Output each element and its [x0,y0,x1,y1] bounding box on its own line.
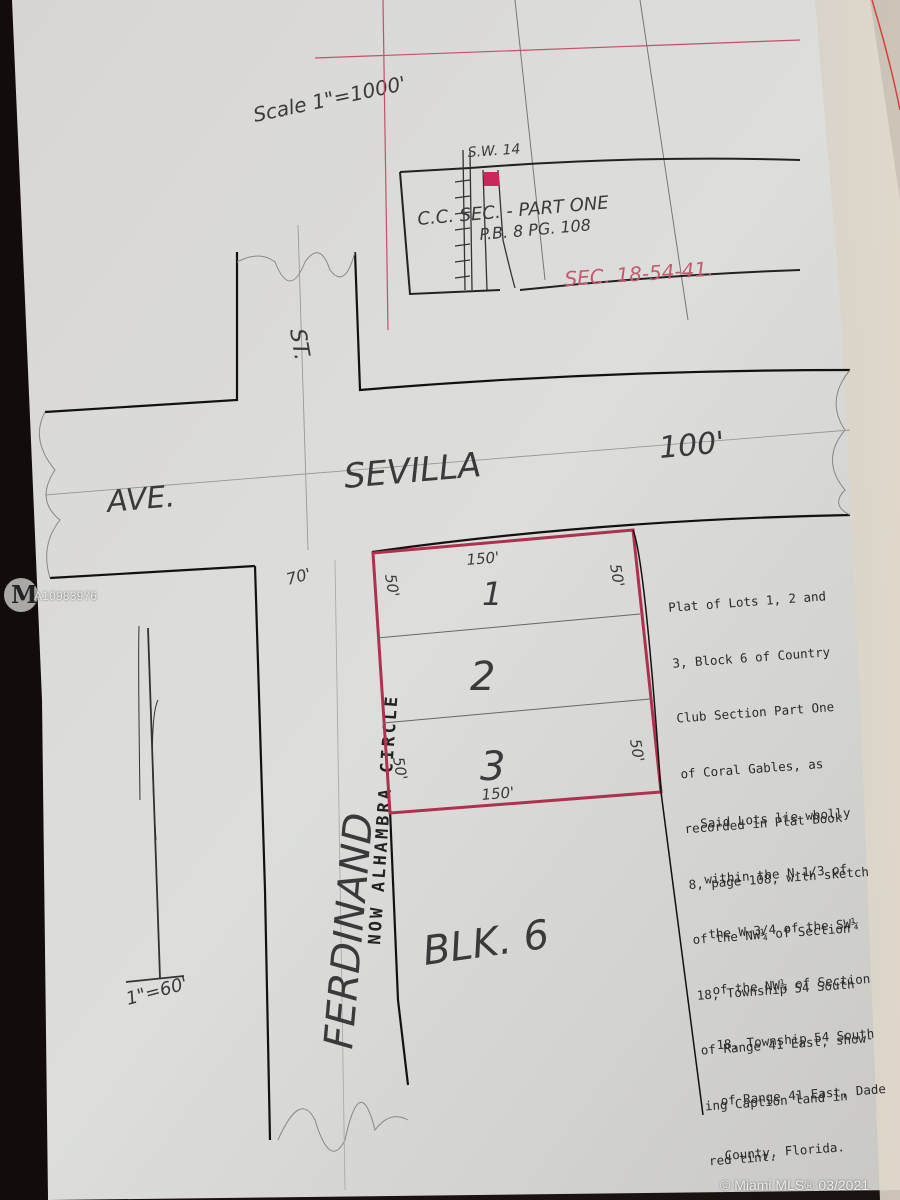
lot-1-label: 1 [482,575,502,613]
listing-id-watermark: A10983976 [34,589,97,603]
lot-3-label: 3 [480,744,505,790]
red-tint-marker [484,172,499,186]
avenue-width-label: 100' [658,425,726,466]
caption-paragraph-2: Said Lots lie wholly within the N-1/3 of… [697,766,892,1184]
lot-2-label: 2 [470,654,495,700]
copyright-watermark: © Miami MLS® 03/2021 [720,1177,869,1193]
lot-top-dimension: 150' [466,548,500,569]
mls-logo-icon: M [4,578,38,612]
avenue-prefix-label: AVE. [104,479,177,520]
